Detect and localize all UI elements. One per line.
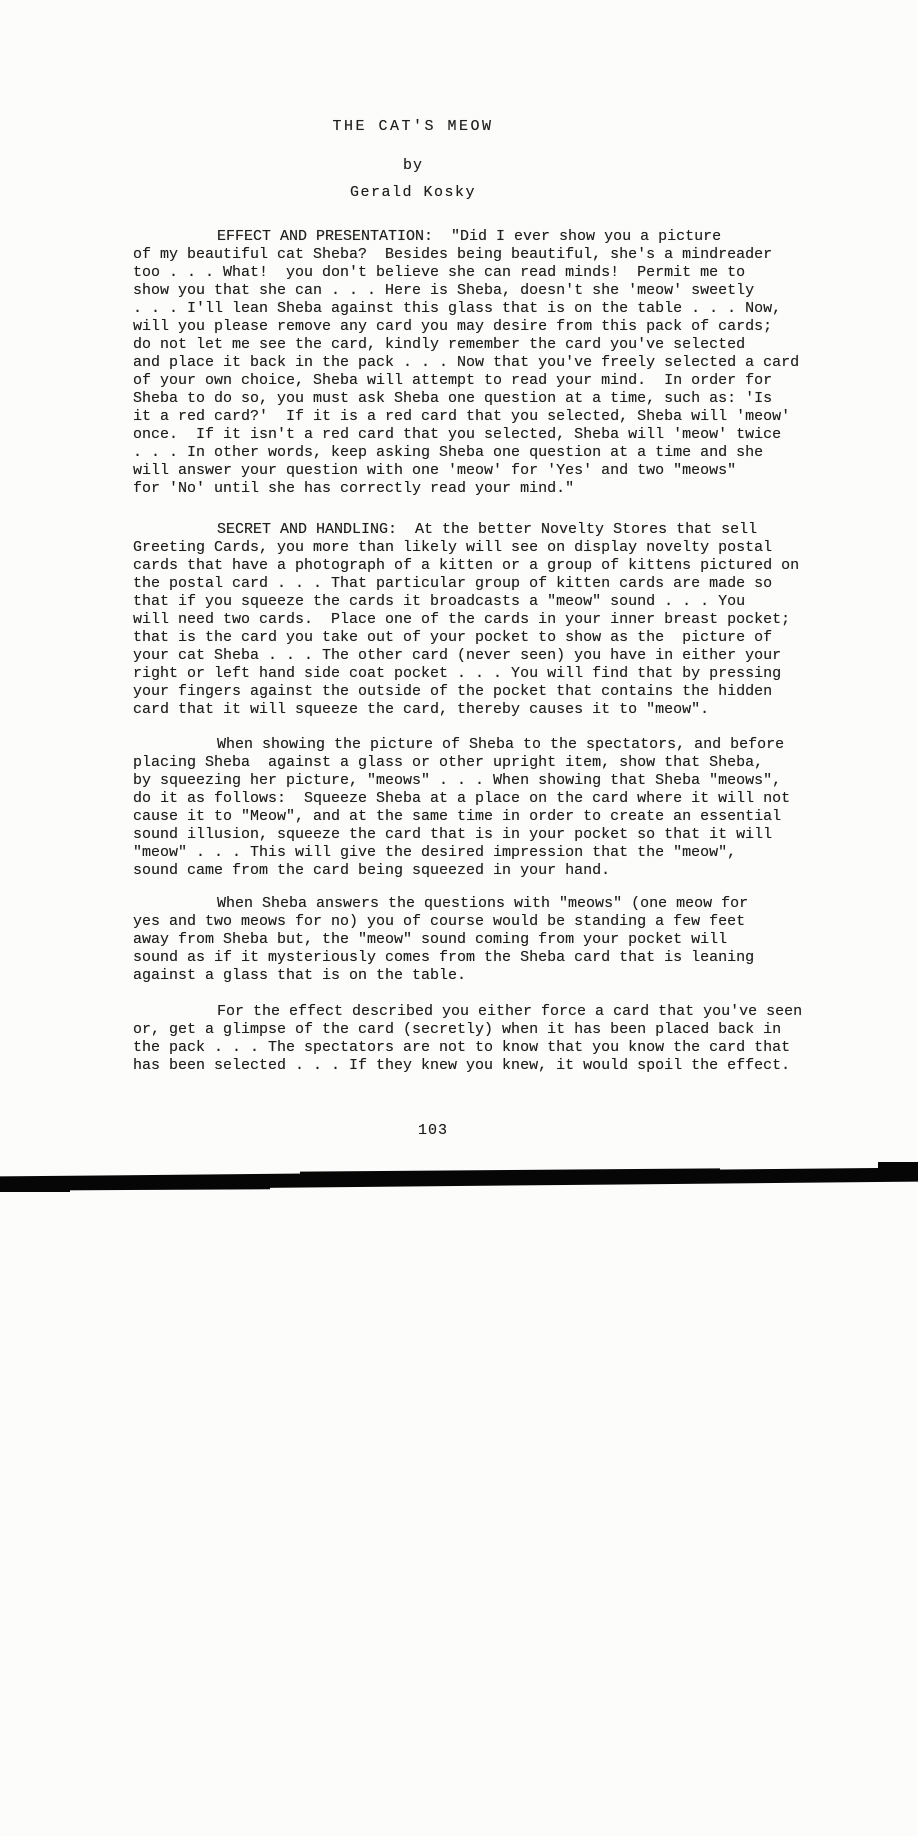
author-name: Gerald Kosky bbox=[133, 184, 693, 201]
scan-bar-segment bbox=[0, 1181, 270, 1190]
scan-bar-segment bbox=[300, 1168, 720, 1179]
byline: by bbox=[133, 157, 693, 174]
paragraph-showing-sheba: When showing the picture of Sheba to the… bbox=[133, 736, 853, 880]
paragraph-secret-and-handling: SECRET AND HANDLING: At the better Novel… bbox=[133, 521, 853, 719]
page-number: 103 bbox=[133, 1122, 733, 1139]
scan-bar-segment bbox=[0, 1188, 70, 1192]
page-title: THE CAT'S MEOW bbox=[133, 118, 693, 135]
paragraph-sheba-answers: When Sheba answers the questions with "m… bbox=[133, 895, 853, 985]
scan-bar-segment bbox=[0, 1167, 918, 1190]
scan-bar-segment bbox=[878, 1162, 918, 1174]
scanned-document-page: THE CAT'S MEOW by Gerald Kosky EFFECT AN… bbox=[0, 0, 918, 1836]
paragraph-force-a-card: For the effect described you either forc… bbox=[133, 1003, 853, 1075]
paragraph-effect-and-presentation: EFFECT AND PRESENTATION: "Did I ever sho… bbox=[133, 228, 853, 498]
